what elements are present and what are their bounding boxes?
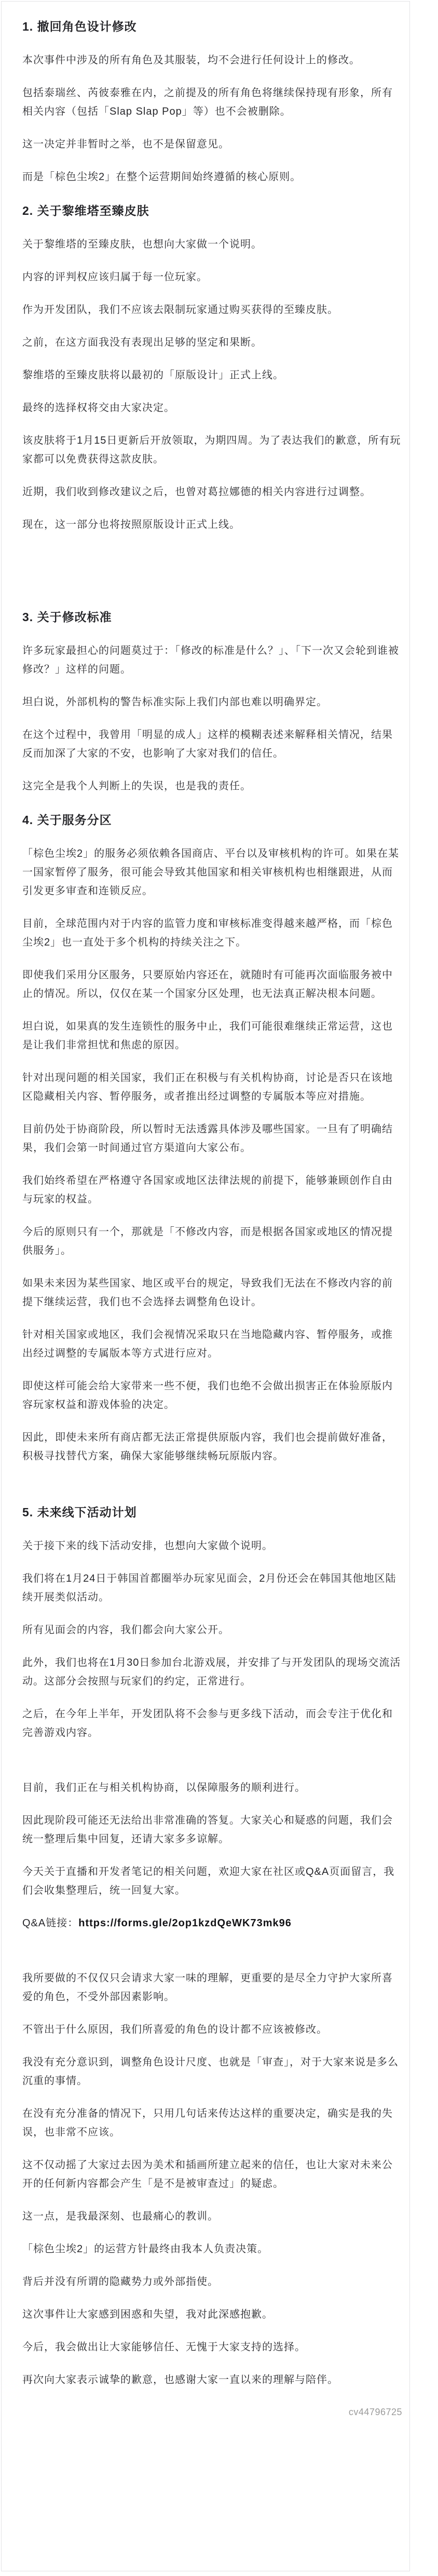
- qa-link-url[interactable]: https://forms.gle/2op1kzdQeWK73mk96: [78, 1917, 292, 1929]
- paragraph: 这不仅动摇了大家过去因为美术和插画所建立起来的信任，也让大家对未来公开的任何新内…: [22, 2156, 402, 2193]
- paragraph: 黎维塔的至臻皮肤将以最初的「原版设计」正式上线。: [22, 366, 402, 385]
- paragraph: 在这个过程中，我曾用「明显的成人」这样的模糊表述来解释相关情况，结果反而加深了大…: [22, 725, 402, 763]
- paragraph: 关于黎维塔的至臻皮肤，也想向大家做一个说明。: [22, 235, 402, 254]
- paragraph: 即使我们采用分区服务，只要原始内容还在，就随时有可能再次面临服务被中止的情况。所…: [22, 966, 402, 1003]
- paragraph: 我们始终希望在严格遵守各国家或地区法律法规的前提下，能够兼顾创作自由与玩家的权益…: [22, 1171, 402, 1209]
- section-heading: 4. 关于服务分区: [22, 810, 402, 830]
- paragraph: 「棕色尘埃2」的服务必须依赖各国商店、平台以及审核机构的许可。如果在某一国家暂停…: [22, 844, 402, 900]
- section-heading: 3. 关于修改标准: [22, 607, 402, 627]
- section-sec-3: 3. 关于修改标准许多玩家最担心的问题莫过于：「修改的标准是什么？」、「下一次又…: [22, 607, 402, 796]
- paragraph: 目前，我们正在与相关机构协商，以保障服务的顺利进行。: [22, 1778, 402, 1797]
- paragraph: 坦白说，如果真的发生连锁性的服务中止，我们可能很难继续正常运营，这也是让我们非常…: [22, 1017, 402, 1054]
- section-sec-4: 4. 关于服务分区「棕色尘埃2」的服务必须依赖各国商店、平台以及审核机构的许可。…: [22, 810, 402, 1465]
- section-heading: 1. 撤回角色设计修改: [22, 16, 402, 37]
- page-frame: 1. 撤回角色设计修改本次事件中涉及的所有角色及其服装，均不会进行任何设计上的修…: [1, 1, 410, 2571]
- paragraph: 所有见面会的内容，我们都会向大家公开。: [22, 1621, 402, 1639]
- watermark: cv44796725: [22, 2407, 402, 2418]
- paragraph: 「棕色尘埃2」的运营方针最终由我本人负责决策。: [22, 2240, 402, 2258]
- section-closing-statement: 我所要做的不仅仅只会请求大家一味的理解，更重要的是尽全力守护大家所喜爱的角色，不…: [22, 1969, 402, 2389]
- paragraph: 今后的原则只有一个，那就是「不修改内容，而是根据各国家或地区的情况提供服务」。: [22, 1223, 402, 1260]
- paragraph: 我所要做的不仅仅只会请求大家一味的理解，更重要的是尽全力守护大家所喜爱的角色，不…: [22, 1969, 402, 2006]
- paragraph: 近期，我们收到修改建议之后，也曾对葛拉娜德的相关内容进行过调整。: [22, 483, 402, 501]
- paragraph: 关于接下来的线下活动安排，也想向大家做个说明。: [22, 1537, 402, 1555]
- paragraph: 这一点，是我最深刻、也最痛心的教训。: [22, 2207, 402, 2226]
- paragraph: 目前，全球范围内对于内容的监管力度和审核标准变得越来越严格，而「棕色尘埃2」也一…: [22, 914, 402, 952]
- paragraph: 今天关于直播和开发者笔记的相关问题，欢迎大家在社区或Q&A页面留言，我们会收集整…: [22, 1862, 402, 1900]
- paragraph: 因此现阶段可能还无法给出非常准确的答复。大家关心和疑惑的问题，我们会统一整理后集…: [22, 1811, 402, 1848]
- paragraph: 此外，我们也将在1月30日参加台北游戏展，并安排了与开发团队的现场交流活动。这部…: [22, 1653, 402, 1691]
- paragraph: 该皮肤将于1月15日更新后开放领取，为期四周。为了表达我们的歉意，所有玩家都可以…: [22, 431, 402, 469]
- paragraph: 再次向大家表示诚挚的歉意，也感谢大家一直以来的理解与陪伴。: [22, 2371, 402, 2389]
- section-heading: 5. 未来线下活动计划: [22, 1502, 402, 1523]
- section-heading: 2. 关于黎维塔至臻皮肤: [22, 200, 402, 221]
- paragraph: 本次事件中涉及的所有角色及其服装，均不会进行任何设计上的修改。: [22, 51, 402, 70]
- paragraph: 现在，这一部分也将按照原版设计正式上线。: [22, 515, 402, 534]
- announcement-content: 1. 撤回角色设计修改本次事件中涉及的所有角色及其服装，均不会进行任何设计上的修…: [22, 16, 402, 2389]
- paragraph: 我没有充分意识到，调整角色设计尺度、也就是「审查」，对于大家来说是多么沉重的事情…: [22, 2053, 402, 2090]
- paragraph: 包括泰瑞丝、芮彼泰雅在内，之前提及的所有角色将继续保持现有形象，所有相关内容（包…: [22, 84, 402, 121]
- paragraph: 而是「棕色尘埃2」在整个运营期间始终遵循的核心原则。: [22, 168, 402, 186]
- qa-line: Q&A链接：https://forms.gle/2op1kzdQeWK73mk9…: [22, 1914, 402, 1933]
- paragraph: 如果未来因为某些国家、地区或平台的规定，导致我们无法在不修改内容的前提下继续运营…: [22, 1274, 402, 1311]
- section-sec-2: 2. 关于黎维塔至臻皮肤关于黎维塔的至臻皮肤，也想向大家做一个说明。内容的评判权…: [22, 200, 402, 534]
- paragraph: 针对相关国家或地区，我们会视情况采取只在当地隐藏内容、暂停服务，或推出经过调整的…: [22, 1325, 402, 1363]
- paragraph: 即使这样可能会给大家带来一些不便，我们也绝不会做出损害正在体验原版内容玩家权益和…: [22, 1377, 402, 1414]
- paragraph: 我们将在1月24日于韩国首都圈举办玩家见面会，2月份还会在韩国其他地区陆续开展类…: [22, 1569, 402, 1607]
- paragraph: 作为开发团队，我们不应该去限制玩家通过购买获得的至臻皮肤。: [22, 300, 402, 319]
- paragraph: 这完全是我个人判断上的失误，也是我的责任。: [22, 777, 402, 796]
- paragraph: 之前，在这方面我没有表现出足够的坚定和果断。: [22, 333, 402, 352]
- section-closing-qa: 目前，我们正在与相关机构协商，以保障服务的顺利进行。因此现阶段可能还无法给出非常…: [22, 1778, 402, 1933]
- paragraph: 这一决定并非暂时之举，也不是保留意见。: [22, 135, 402, 154]
- paragraph: 许多玩家最担心的问题莫过于：「修改的标准是什么？」、「下一次又会轮到谁被修改？」…: [22, 641, 402, 679]
- section-sec-5: 5. 未来线下活动计划关于接下来的线下活动安排，也想向大家做个说明。我们将在1月…: [22, 1502, 402, 1742]
- paragraph: 背后并没有所谓的隐藏势力或外部指使。: [22, 2272, 402, 2291]
- paragraph: 针对出现问题的相关国家，我们正在积极与有关机构协商，讨论是否只在该地区隐藏相关内…: [22, 1068, 402, 1106]
- paragraph: 坦白说，外部机构的警告标准实际上我们内部也难以明确界定。: [22, 693, 402, 711]
- paragraph: 今后，我会做出让大家能够信任、无愧于大家支持的选择。: [22, 2338, 402, 2356]
- paragraph: 最终的选择权将交由大家决定。: [22, 399, 402, 417]
- announcement-page: 1. 撤回角色设计修改本次事件中涉及的所有角色及其服装，均不会进行任何设计上的修…: [0, 0, 438, 2576]
- paragraph: 这次事件让大家感到困惑和失望，我对此深感抱歉。: [22, 2305, 402, 2324]
- paragraph: 内容的评判权应该归属于每一位玩家。: [22, 268, 402, 286]
- paragraph: 因此，即使未来所有商店都无法正常提供原版内容，我们也会提前做好准备，积极寻找替代…: [22, 1428, 402, 1465]
- paragraph: 在没有充分准备的情况下，只用几句话来传达这样的重要决定，确实是我的失误，也非常不…: [22, 2104, 402, 2142]
- qa-label: Q&A链接：: [22, 1917, 78, 1929]
- section-sec-1: 1. 撤回角色设计修改本次事件中涉及的所有角色及其服装，均不会进行任何设计上的修…: [22, 16, 402, 186]
- paragraph: 之后，在今年上半年，开发团队将不会参与更多线下活动，而会专注于优化和完善游戏内容…: [22, 1705, 402, 1742]
- paragraph: 目前仍处于协商阶段，所以暂时无法透露具体涉及哪些国家。一旦有了明确结果，我们会第…: [22, 1120, 402, 1157]
- paragraph: 不管出于什么原因，我们所喜爱的角色的设计都不应该被修改。: [22, 2020, 402, 2039]
